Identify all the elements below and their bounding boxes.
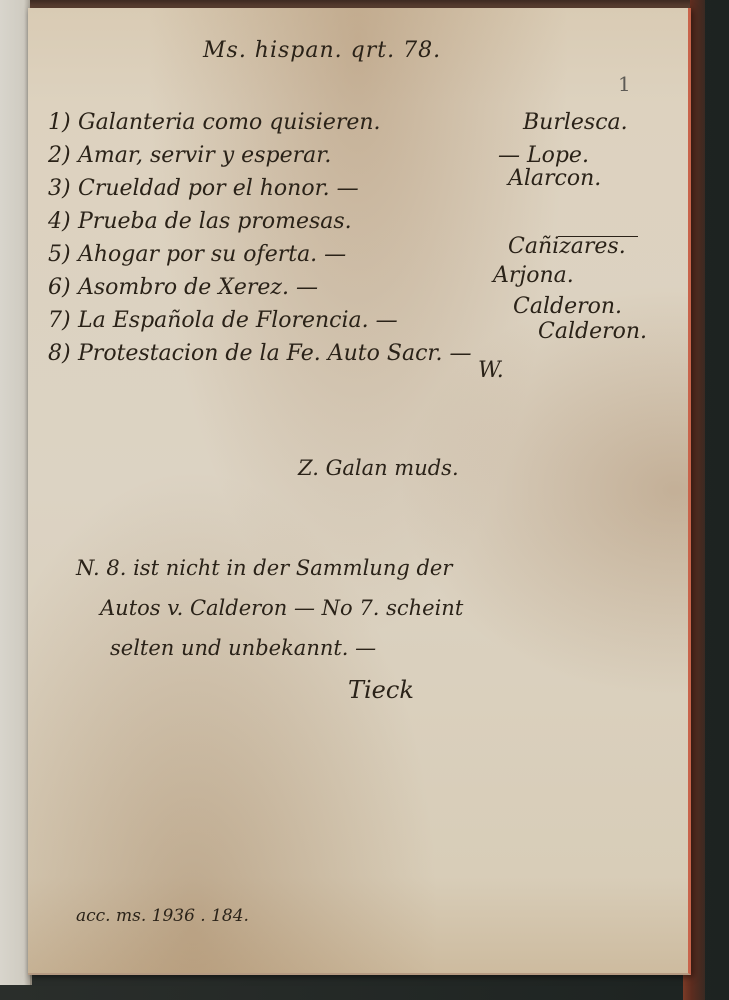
- separator-line: [558, 236, 638, 237]
- entry-title: La Española de Florencia. —: [78, 308, 398, 333]
- entry-number: 8): [48, 341, 71, 366]
- entry-number: 2): [48, 143, 71, 168]
- contents-list: 1) Galanteria como quisieren. Burlesca. …: [48, 110, 668, 407]
- entry-author: Calderon.: [513, 294, 622, 319]
- entry-number: 6): [48, 275, 71, 300]
- contents-entry: W.: [48, 374, 668, 407]
- note-line: N. 8. ist nicht in der Sammlung der: [76, 556, 452, 580]
- shelfmark: Ms. hispan. qrt. 78.: [203, 38, 441, 63]
- entry-number: 5): [48, 242, 71, 267]
- entry-title: Crueldad por el honor. —: [78, 176, 359, 201]
- entry-author: Alarcon.: [508, 166, 601, 191]
- entry-author: Arjona.: [493, 263, 574, 288]
- entry-author: Cañizares.: [508, 234, 626, 259]
- entry-number: 1): [48, 110, 71, 135]
- contents-entry: 8) Protestacion de la Fe. Auto Sacr. — C…: [48, 341, 668, 374]
- entry-number: 7): [48, 308, 71, 333]
- entry-title: Galanteria como quisieren.: [78, 110, 381, 135]
- entry-author: Calderon.: [538, 319, 647, 344]
- manuscript-page: Ms. hispan. qrt. 78. 1 1) Galanteria com…: [28, 8, 691, 975]
- entry-title: Ahogar por su oferta. —: [78, 242, 346, 267]
- signature: Tieck: [348, 676, 414, 704]
- contents-entry: 3) Crueldad por el honor. — Alarcon.: [48, 176, 668, 209]
- entry-initial: W.: [478, 358, 504, 383]
- accession-number: acc. ms. 1936 . 184.: [76, 906, 249, 926]
- note-heading: Z. Galan muds.: [298, 456, 459, 480]
- entry-title: Asombro de Xerez. —: [78, 275, 318, 300]
- note-line: selten und unbekannt. —: [110, 636, 376, 660]
- entry-title: Amar, servir y esperar.: [78, 143, 331, 168]
- entry-author: — Lope.: [498, 143, 589, 168]
- contents-entry: 1) Galanteria como quisieren. Burlesca.: [48, 110, 668, 143]
- entry-number: 3): [48, 176, 71, 201]
- entry-author: Burlesca.: [523, 110, 628, 135]
- entry-title: Prueba de las promesas.: [78, 209, 352, 234]
- folio-number: 1: [618, 72, 631, 96]
- entry-number: 4): [48, 209, 71, 234]
- entry-title: Protestacion de la Fe. Auto Sacr. —: [78, 341, 471, 366]
- contents-entry: 5) Ahogar por su oferta. — Cañizares.: [48, 242, 668, 275]
- note-line: Autos v. Calderon — No 7. scheint: [100, 596, 463, 620]
